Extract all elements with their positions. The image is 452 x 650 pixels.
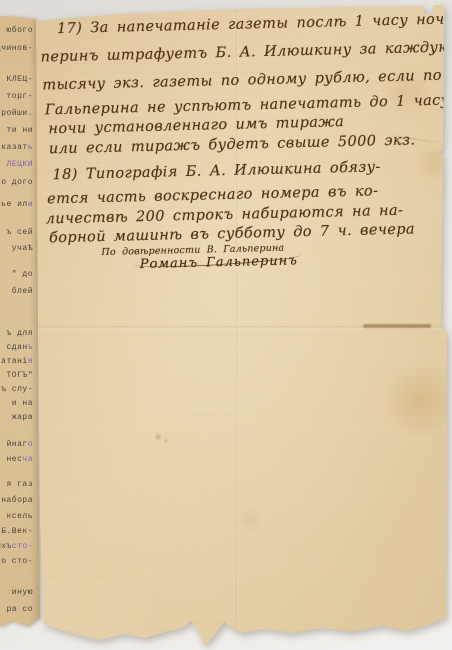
manuscript-line: 17) За напечатаніе газеты послѣ 1 часу н…	[57, 11, 452, 36]
manuscript-page: 17) За напечатаніе газеты послѣ 1 часу н…	[0, 0, 452, 650]
manuscript-line: перинъ штрафуетъ Б. А. Илюшкину за кажду…	[40, 40, 451, 65]
manuscript-line: ночи установленнаго имъ тиража	[48, 115, 344, 137]
manuscript-line: тысячу экз. газеты по одному рублю, если…	[42, 67, 452, 92]
manuscript-line: Гальперина не успѣютъ напечатать до 1 ча…	[45, 94, 450, 118]
manuscript-line: или если тиражъ будетъ свыше 5000 экз.	[49, 133, 416, 156]
photo-backdrop: юбого дчинов- . КЛЕЦ- торг- ройши. ти ни…	[0, 0, 452, 650]
manuscript-layer: 17) За напечатаніе газеты послѣ 1 часу н…	[0, 0, 452, 650]
manuscript-line: 18) Типографія Б. А. Илюшкина обязу-	[52, 160, 381, 183]
handwriting-block: 17) За напечатаніе газеты послѣ 1 часу н…	[0, 0, 452, 650]
